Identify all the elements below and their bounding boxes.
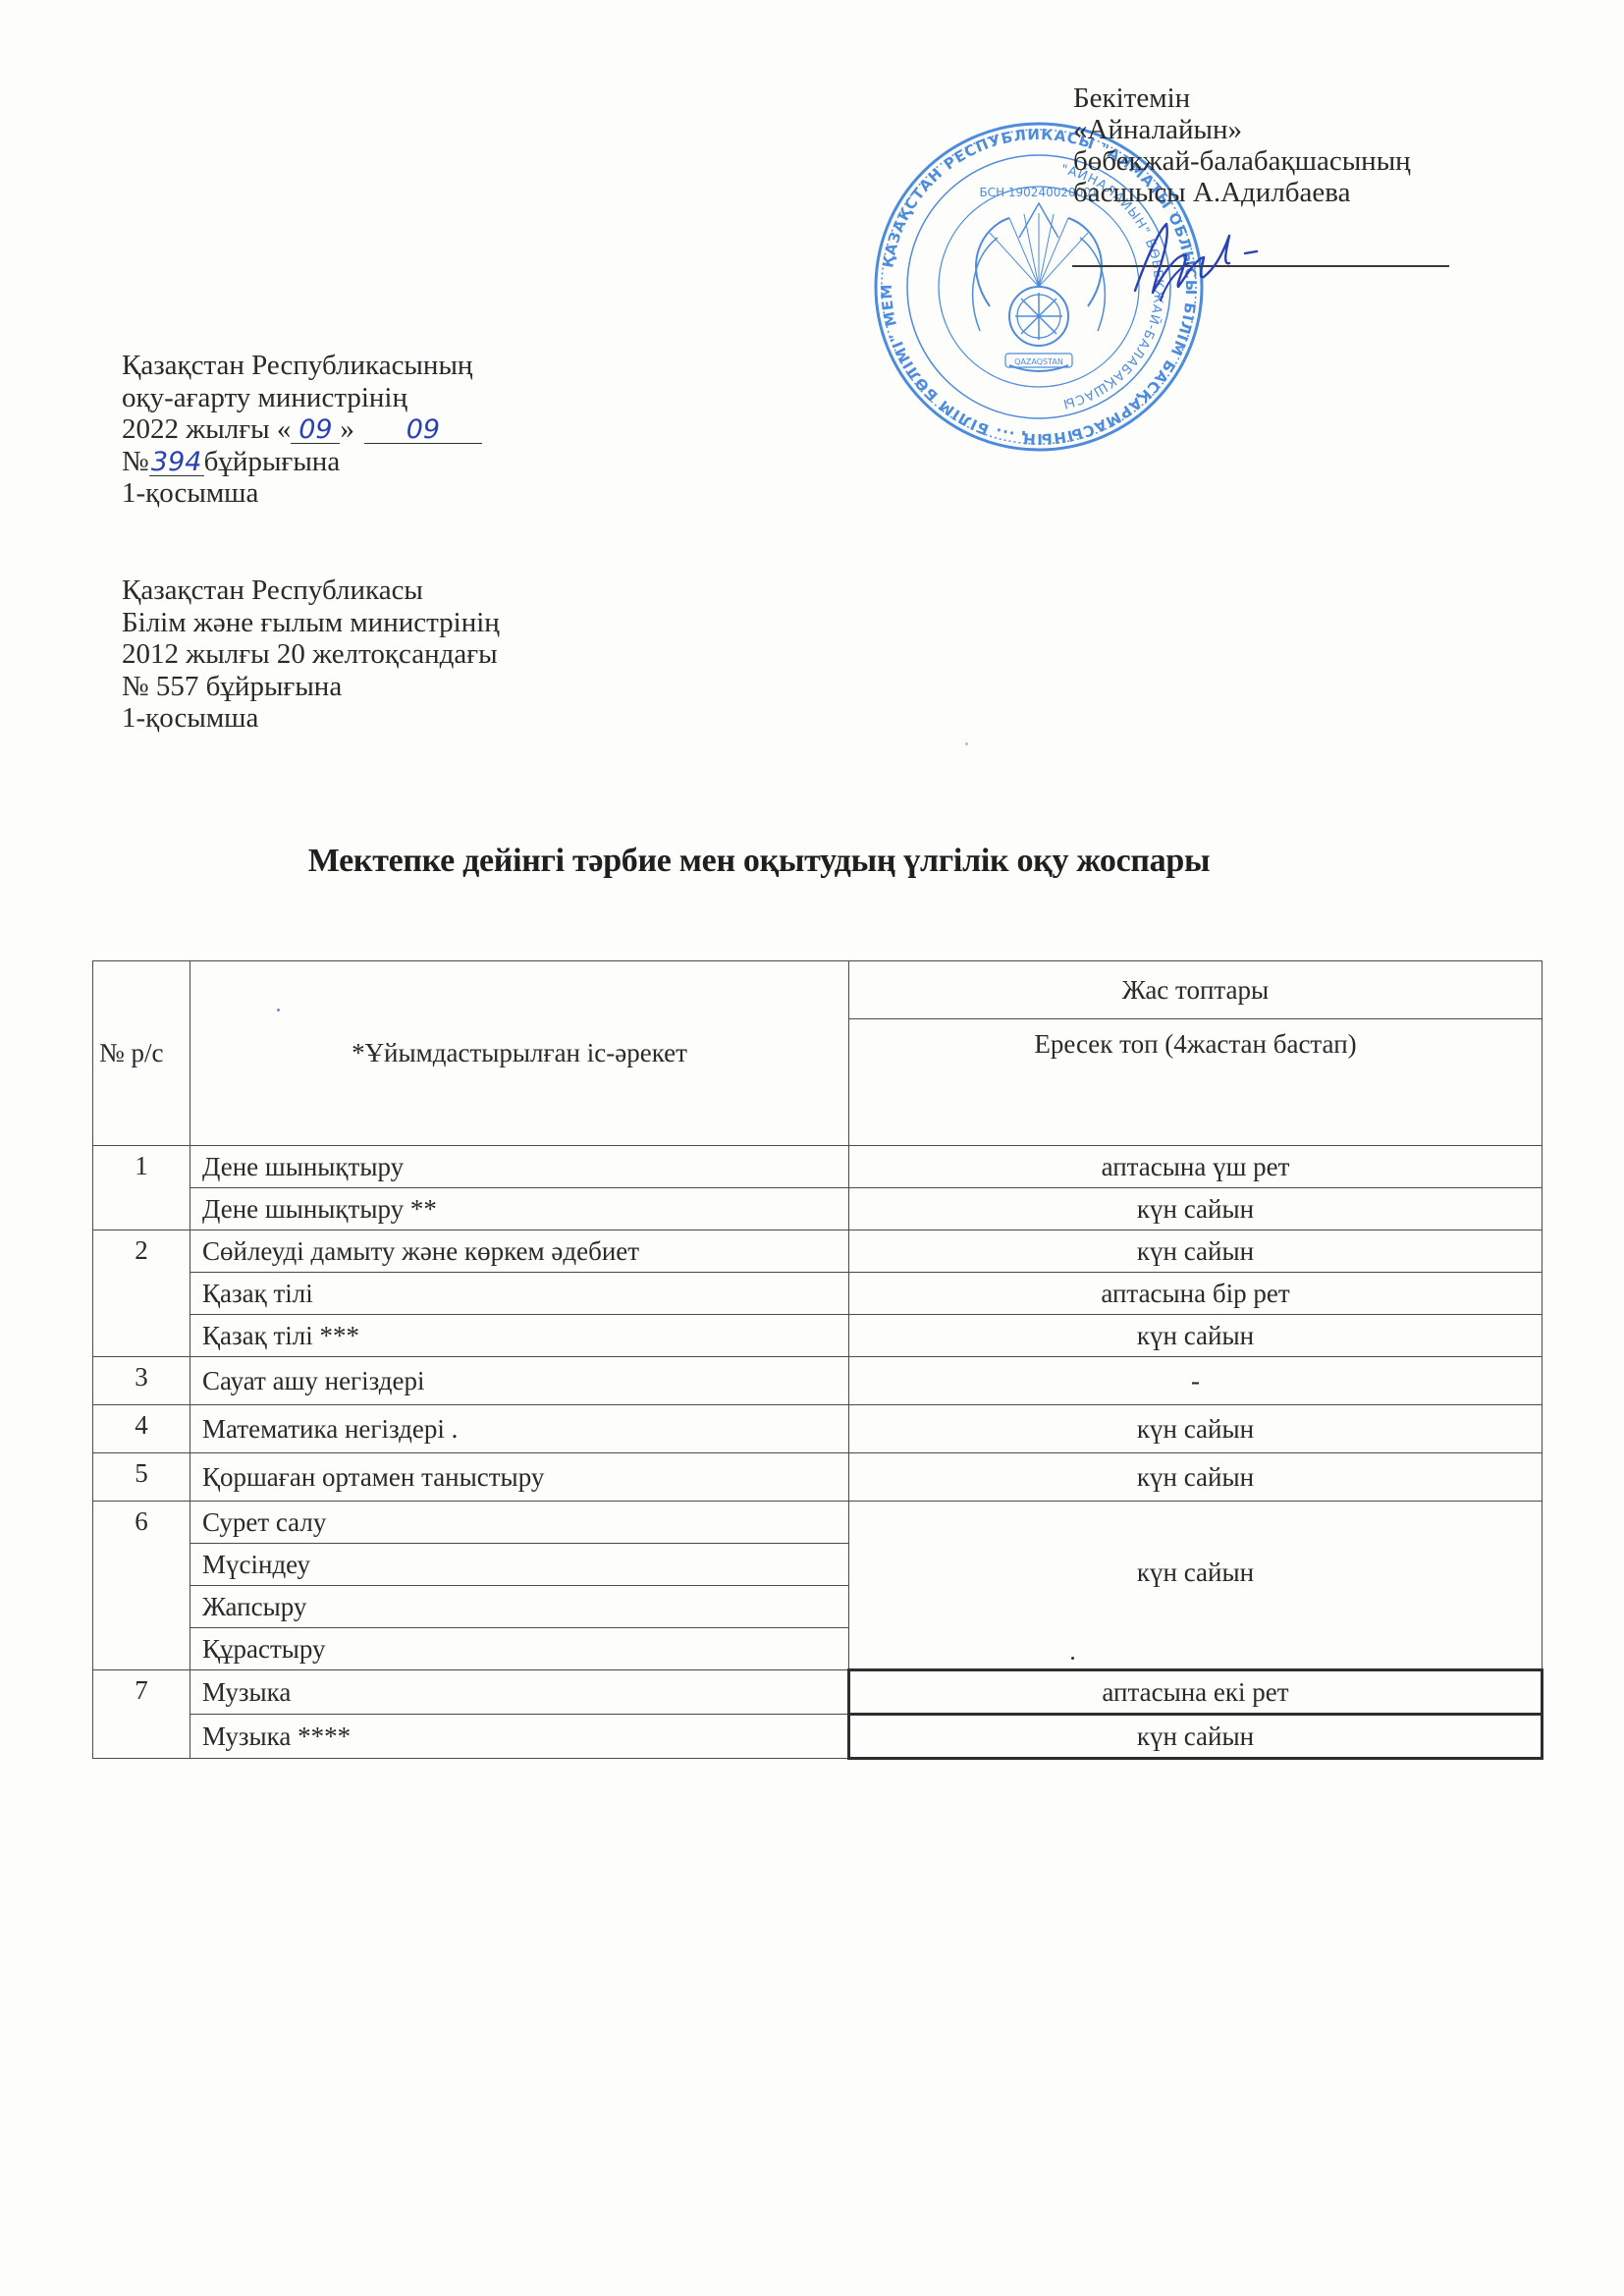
- table-row: 6 Сурет салу күн сайын: [93, 1502, 1543, 1544]
- row-number: 2: [93, 1230, 190, 1357]
- row-number: 6: [93, 1502, 190, 1670]
- activity-cell: Қазақ тілі: [190, 1273, 849, 1315]
- activity-cell: Мүсіндеу: [190, 1544, 849, 1586]
- table-row: 1 Дене шынықтыру аптасына үш рет: [93, 1146, 1543, 1188]
- frequency-cell: күн сайын: [849, 1715, 1543, 1759]
- frequency-cell: күн сайын: [849, 1188, 1543, 1230]
- approval-block: Бекітемін «Айналайын» бөбекжай-балабақша…: [1073, 82, 1486, 208]
- row-number: 5: [93, 1453, 190, 1502]
- table-row: Қазақ тілі *** күн сайын: [93, 1315, 1543, 1357]
- frequency-cell: -: [849, 1357, 1543, 1405]
- reference-order-2022: Қазақстан Республикасының оқу-ағарту мин…: [122, 350, 482, 510]
- frequency-cell: аптасына екі рет: [849, 1670, 1543, 1715]
- svg-text:QAZAQSTAN: QAZAQSTAN: [1014, 357, 1063, 366]
- approval-signatory: басшысы А.Адилбаева: [1073, 177, 1486, 208]
- header-number: № р/с: [93, 961, 190, 1146]
- handwritten-day: 09: [291, 417, 340, 444]
- approval-org-name: «Айналайын»: [1073, 114, 1486, 145]
- activity-cell: Қоршаған ортамен таныстыру: [190, 1453, 849, 1502]
- table-row: 5 Қоршаған ортамен таныстыру күн сайын: [93, 1453, 1543, 1502]
- ref-2012-line-country: Қазақстан Республикасы: [122, 574, 500, 607]
- handwritten-order-number: 394: [149, 450, 204, 476]
- frequency-cell: күн сайын: [849, 1230, 1543, 1273]
- row-number: 4: [93, 1405, 190, 1453]
- document-page: ҚАЗАҚСТАН РЕСПУБЛИКАСЫ "АЛМАТЫ ОБЛЫСЫ БІ…: [0, 0, 1624, 2296]
- table-row: 2 Сөйлеуді дамыту және көркем әдебиет кү…: [93, 1230, 1543, 1273]
- frequency-cell: күн сайын: [849, 1315, 1543, 1357]
- activity-cell: Математика негіздері .: [190, 1405, 849, 1453]
- ref-2012-line-order: № 557 бұйрығына: [122, 671, 500, 703]
- row-number: 3: [93, 1357, 190, 1405]
- activity-cell: Сөйлеуді дамыту және көркем әдебиет: [190, 1230, 849, 1273]
- ref-2012-line-date: 2012 жылғы 20 желтоқсандағы: [122, 638, 500, 671]
- table-row: 7 Музыка аптасына екі рет: [93, 1670, 1543, 1715]
- activity-cell: Сауат ашу негіздері: [190, 1357, 849, 1405]
- activity-cell: Музыка ****: [190, 1715, 849, 1759]
- activity-cell: Құрастыру: [190, 1628, 849, 1670]
- signature-icon: [1127, 214, 1274, 302]
- ref-2022-line-minister: оқу-ағарту министрінің: [122, 382, 482, 414]
- table-row: Музыка **** күн сайын: [93, 1715, 1543, 1759]
- page-title: Мектепке дейінгі тәрбие мен оқытудың үлг…: [0, 843, 1624, 880]
- ref-2022-line-ministry: Қазақстан Республикасының: [122, 350, 482, 382]
- frequency-cell: аптасына бір рет: [849, 1273, 1543, 1315]
- scan-speck: [1071, 1657, 1074, 1660]
- activity-cell: Жапсыру: [190, 1586, 849, 1628]
- curriculum-table: № р/с *Ұйымдастырылған іс-әрекет Жас топ…: [92, 960, 1543, 1760]
- activity-cell: Дене шынықтыру **: [190, 1188, 849, 1230]
- table-row: Қазақ тілі аптасына бір рет: [93, 1273, 1543, 1315]
- frequency-cell: күн сайын: [849, 1405, 1543, 1453]
- activity-cell: Қазақ тілі ***: [190, 1315, 849, 1357]
- approval-org-type: бөбекжай-балабақшасының: [1073, 145, 1486, 177]
- header-senior-group: Ересек топ (4жастан бастап): [849, 1019, 1543, 1146]
- ref-2012-line-minister: Білім және ғылым министрінің: [122, 607, 500, 639]
- ref-2022-line-order: №394бұйрығына: [122, 446, 482, 478]
- frequency-cell-merged: күн сайын: [849, 1502, 1543, 1670]
- activity-cell: Музыка: [190, 1670, 849, 1715]
- row-number: 1: [93, 1146, 190, 1230]
- activity-cell: Сурет салу: [190, 1502, 849, 1544]
- ref-2012-line-appendix: 1-қосымша: [122, 702, 500, 735]
- scan-speck: [277, 1009, 280, 1011]
- ref-2022-line-date: 2022 жылғы «09»09: [122, 413, 482, 446]
- handwritten-month: 09: [364, 417, 482, 444]
- activity-cell: Дене шынықтыру: [190, 1146, 849, 1188]
- frequency-cell: аптасына үш рет: [849, 1146, 1543, 1188]
- ref-2022-line-appendix: 1-қосымша: [122, 477, 482, 510]
- header-age-groups: Жас топтары: [849, 961, 1543, 1019]
- row-number: 7: [93, 1670, 190, 1759]
- table-row: Дене шынықтыру ** күн сайын: [93, 1188, 1543, 1230]
- reference-order-2012: Қазақстан Республикасы Білім және ғылым …: [122, 574, 500, 735]
- table-row: 4 Математика негіздері . күн сайын: [93, 1405, 1543, 1453]
- frequency-cell: күн сайын: [849, 1453, 1543, 1502]
- header-activity: *Ұйымдастырылған іс-әрекет: [190, 961, 849, 1146]
- scan-speck: [965, 742, 968, 745]
- approval-heading: Бекітемін: [1073, 82, 1486, 114]
- table-row: 3 Сауат ашу негіздері -: [93, 1357, 1543, 1405]
